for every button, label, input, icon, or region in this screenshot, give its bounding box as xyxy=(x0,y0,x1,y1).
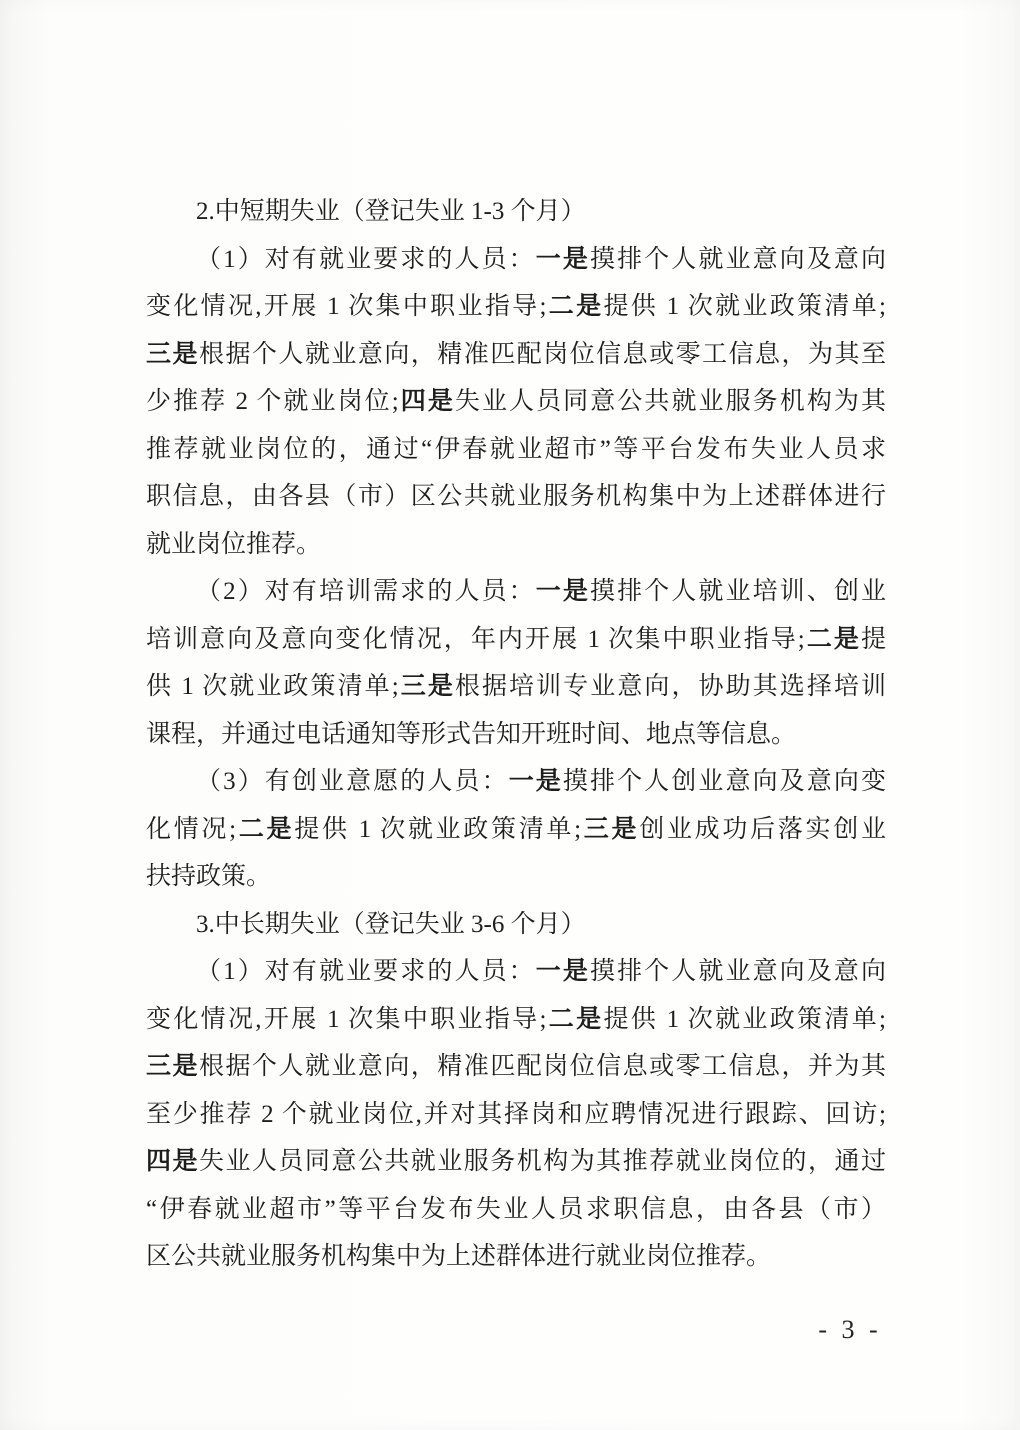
text-run: 摸排个人创业意向及意向变 xyxy=(563,768,886,795)
emphasis-run: 三是 xyxy=(581,816,639,843)
text-run: 3.中长期失业（登记失业 3-6 个月） xyxy=(196,911,586,938)
text-line: 化情况;二是提供 1 次就业政策清单;三是创业成功后落实创业 xyxy=(146,806,886,854)
text-line: 至少推荐 2 个就业岗位,并对其择岗和应聘情况进行跟踪、回访; xyxy=(146,1091,886,1139)
emphasis-run: 二是 xyxy=(546,1006,603,1033)
text-run: （1）对有就业要求的人员： xyxy=(196,958,536,985)
text-run: 根据个人就业意向，精准匹配岗位信息或零工信息，并为其 xyxy=(199,1053,886,1080)
text-run: （2）对有培训需求的人员： xyxy=(196,578,536,605)
text-run: 职信息，由各县（市）区公共就业服务机构集中为上述群体进行 xyxy=(146,483,886,510)
text-run: 推荐就业岗位的，通过“伊春就业超市”等平台发布失业人员求 xyxy=(146,436,886,463)
text-line: 区公共就业服务机构集中为上述群体进行就业岗位推荐。 xyxy=(146,1233,886,1281)
emphasis-run: 三是 xyxy=(399,673,455,700)
text-line: 3.中长期失业（登记失业 3-6 个月） xyxy=(146,901,886,949)
document-body: 2.中短期失业（登记失业 1-3 个月）（1）对有就业要求的人员：一是摸排个人就… xyxy=(146,188,886,1281)
text-run: 至少推荐 2 个就业岗位,并对其择岗和应聘情况进行跟踪、回访; xyxy=(146,1101,886,1128)
text-run: 提 xyxy=(861,626,886,653)
text-run: 课程，并通过电话通知等形式告知开班时间、地点等信息。 xyxy=(146,721,796,748)
text-run: 提供 1 次就业政策清单; xyxy=(603,293,886,320)
text-line: 变化情况,开展 1 次集中职业指导;二是提供 1 次就业政策清单; xyxy=(146,996,886,1044)
text-line: 少推荐 2 个就业岗位;四是失业人员同意公共就业服务机构为其 xyxy=(146,378,886,426)
text-run: 摸排个人就业意向及意向 xyxy=(590,958,886,985)
text-line: （1）对有就业要求的人员：一是摸排个人就业意向及意向 xyxy=(146,948,886,996)
page-number: - 3 - xyxy=(790,1305,910,1355)
text-line: 2.中短期失业（登记失业 1-3 个月） xyxy=(146,188,886,236)
text-line: （2）对有培训需求的人员：一是摸排个人就业培训、创业 xyxy=(146,568,886,616)
text-line: “伊春就业超市”等平台发布失业人员求职信息，由各县（市） xyxy=(146,1186,886,1234)
text-run: （3）有创业意愿的人员： xyxy=(196,768,509,795)
text-run: 根据培训专业意向，协助其选择培训 xyxy=(455,673,886,700)
text-run: 摸排个人就业意向及意向 xyxy=(590,246,886,273)
emphasis-run: 一是 xyxy=(509,768,563,795)
emphasis-run: 三是 xyxy=(146,1053,199,1080)
text-line: 四是失业人员同意公共就业服务机构为其推荐就业岗位的，通过 xyxy=(146,1138,886,1186)
text-run: 就业岗位推荐。 xyxy=(146,531,321,558)
text-run: 摸排个人就业培训、创业 xyxy=(590,578,886,605)
text-run: 变化情况,开展 1 次集中职业指导; xyxy=(146,293,546,320)
emphasis-run: 二是 xyxy=(546,293,603,320)
text-run: （1）对有就业要求的人员： xyxy=(196,246,536,273)
text-line: 职信息，由各县（市）区公共就业服务机构集中为上述群体进行 xyxy=(146,473,886,521)
text-line: 扶持政策。 xyxy=(146,853,886,901)
text-line: 课程，并通过电话通知等形式告知开班时间、地点等信息。 xyxy=(146,711,886,759)
emphasis-run: 二是 xyxy=(236,816,294,843)
emphasis-run: 一是 xyxy=(536,958,590,985)
text-run: 创业成功后落实创业 xyxy=(639,816,886,843)
text-run: 提供 1 次就业政策清单; xyxy=(294,816,581,843)
text-run: 区公共就业服务机构集中为上述群体进行就业岗位推荐。 xyxy=(146,1243,771,1270)
emphasis-run: 四是 xyxy=(399,388,455,415)
text-line: 推荐就业岗位的，通过“伊春就业超市”等平台发布失业人员求 xyxy=(146,426,886,474)
document-page: 2.中短期失业（登记失业 1-3 个月）（1）对有就业要求的人员：一是摸排个人就… xyxy=(0,0,1020,1430)
text-line: 就业岗位推荐。 xyxy=(146,521,886,569)
text-line: 培训意向及意向变化情况，年内开展 1 次集中职业指导;二是提 xyxy=(146,616,886,664)
text-run: “伊春就业超市”等平台发布失业人员求职信息，由各县（市） xyxy=(146,1196,886,1223)
text-line: （3）有创业意愿的人员：一是摸排个人创业意向及意向变 xyxy=(146,758,886,806)
text-line: （1）对有就业要求的人员：一是摸排个人就业意向及意向 xyxy=(146,236,886,284)
text-run: 失业人员同意公共就业服务机构为其 xyxy=(455,388,886,415)
text-run: 提供 1 次就业政策清单; xyxy=(603,1006,886,1033)
text-run: 扶持政策。 xyxy=(146,863,271,890)
emphasis-run: 四是 xyxy=(146,1148,199,1175)
text-run: 变化情况,开展 1 次集中职业指导; xyxy=(146,1006,546,1033)
emphasis-run: 三是 xyxy=(146,341,199,368)
text-run: 培训意向及意向变化情况，年内开展 1 次集中职业指导; xyxy=(146,626,805,653)
text-run: 少推荐 2 个就业岗位; xyxy=(146,388,399,415)
text-line: 变化情况,开展 1 次集中职业指导;二是提供 1 次就业政策清单; xyxy=(146,283,886,331)
text-line: 三是根据个人就业意向，精准匹配岗位信息或零工信息，为其至 xyxy=(146,331,886,379)
text-line: 供 1 次就业政策清单;三是根据培训专业意向，协助其选择培训 xyxy=(146,663,886,711)
text-run: 2.中短期失业（登记失业 1-3 个月） xyxy=(196,198,586,225)
text-run: 化情况; xyxy=(146,816,236,843)
emphasis-run: 一是 xyxy=(536,246,590,273)
text-line: 三是根据个人就业意向，精准匹配岗位信息或零工信息，并为其 xyxy=(146,1043,886,1091)
text-run: 失业人员同意公共就业服务机构为其推荐就业岗位的，通过 xyxy=(199,1148,886,1175)
emphasis-run: 一是 xyxy=(536,578,590,605)
emphasis-run: 二是 xyxy=(805,626,861,653)
text-run: 根据个人就业意向，精准匹配岗位信息或零工信息，为其至 xyxy=(199,341,886,368)
text-run: 供 1 次就业政策清单; xyxy=(146,673,399,700)
